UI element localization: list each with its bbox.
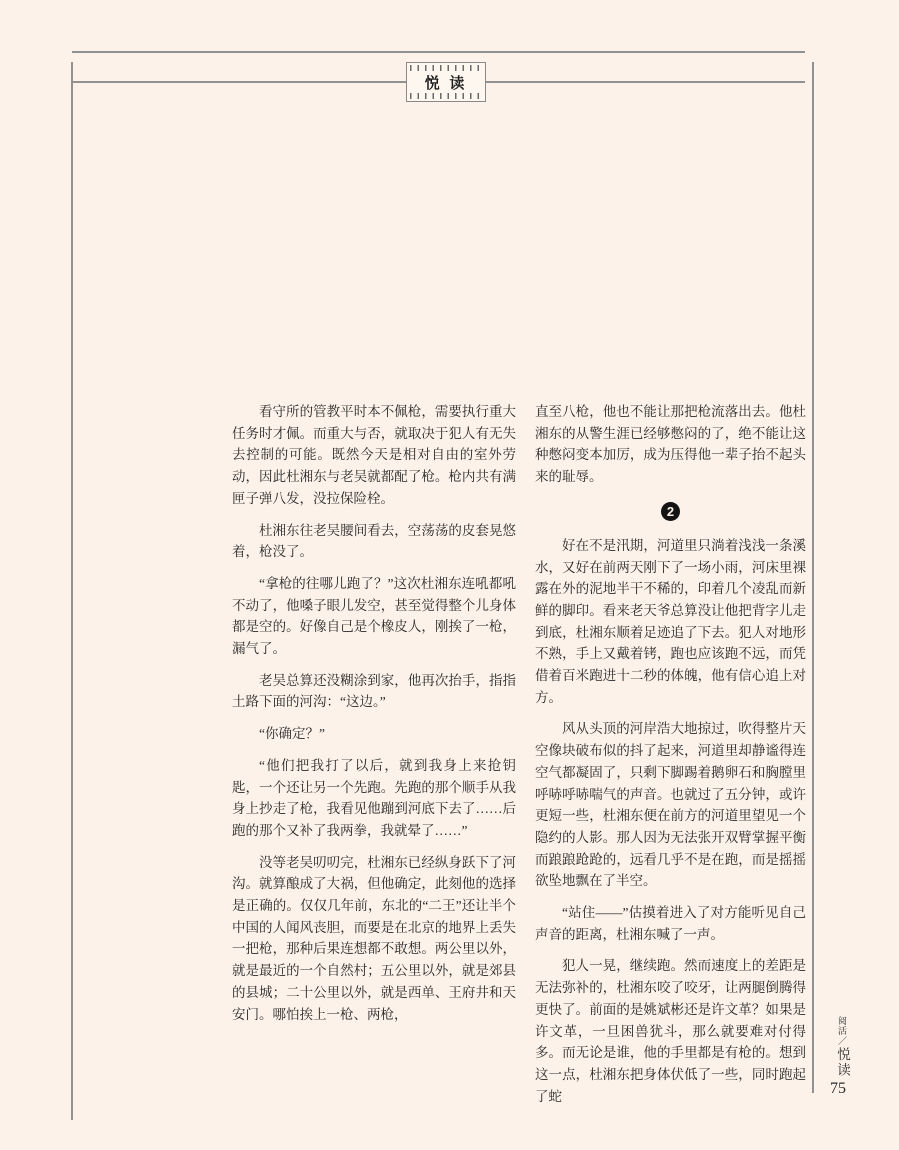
section-2-marker-icon: 2 <box>661 502 680 521</box>
paragraph: 好在不是汛期，河道里只淌着浅浅一条溪水，又好在前两天刚下了一场小雨，河床里裸露在… <box>535 535 806 709</box>
paragraph: “你确定？” <box>232 723 516 745</box>
paragraph: 杜湘东往老吴腰间看去，空荡荡的皮套晃悠着，枪没了。 <box>232 520 516 563</box>
paragraph: “他们把我打了以后，就到我身上来抢钥匙，一个还让另一个先跑。先跑的那个顺手从我身… <box>232 755 516 842</box>
left-column: 看守所的管教平时本不佩枪，需要执行重大任务时才佩。而重大与否，就取决于犯人有无失… <box>232 401 516 1107</box>
magazine-page: 悦 读 看守所的管教平时本不佩枪，需要执行重大任务时才佩。而重大与否，就取决于犯… <box>0 0 899 1150</box>
top-rule-upper <box>72 51 805 53</box>
left-border-rule <box>71 62 73 1120</box>
right-column: 直至八枪，他也不能让那把枪流落出去。他杜湘东的从警生涯已经够憋闷的了，绝不能让这… <box>535 401 806 1107</box>
right-border-rule <box>812 62 814 1093</box>
paragraph: 没等老吴叨叨完，杜湘东已经纵身跃下了河沟。就算酿成了大祸，但他确定，此刻他的选择… <box>232 852 516 1026</box>
paragraph: 老吴总算还没糊涂到家，他再次抬手，指指土路下面的河沟：“这边。” <box>232 670 516 713</box>
section-label-box: 悦 读 <box>406 62 486 102</box>
paragraph: 犯人一晃，继续跑。然而速度上的差距是无法弥补的，杜湘东咬了咬牙，让两腿倒腾得更快… <box>535 955 806 1107</box>
paragraph: “站住——”估摸着进入了对方能听见自己声音的距离，杜湘东喊了一声。 <box>535 902 806 945</box>
label-perforation-bottom <box>410 93 482 99</box>
footer-category-small: 阅活 <box>837 1016 847 1036</box>
footer-section-vertical-label: 阅活／悦读 <box>834 1016 850 1078</box>
section-label: 悦 读 <box>407 71 485 93</box>
article-body: 看守所的管教平时本不佩枪，需要执行重大任务时才佩。而重大与否，就取决于犯人有无失… <box>232 401 806 1107</box>
page-number: 75 <box>830 1080 846 1098</box>
paragraph: “拿枪的往哪儿跑了？”这次杜湘东连吼都吼不动了，他嗓子眼儿发空，甚至觉得整个儿身… <box>232 573 516 660</box>
footer-slash: ／ <box>837 1036 847 1045</box>
paragraph: 风从头顶的河岸浩大地掠过，吹得整片天空像块破布似的抖了起来，河道里却静谧得连空气… <box>535 718 806 892</box>
paragraph-continuation: 直至八枪，他也不能让那把枪流落出去。他杜湘东的从警生涯已经够憋闷的了，绝不能让这… <box>535 401 806 488</box>
footer-category-large: 悦读 <box>835 1047 850 1078</box>
paragraph: 看守所的管教平时本不佩枪，需要执行重大任务时才佩。而重大与否，就取决于犯人有无失… <box>232 401 516 510</box>
